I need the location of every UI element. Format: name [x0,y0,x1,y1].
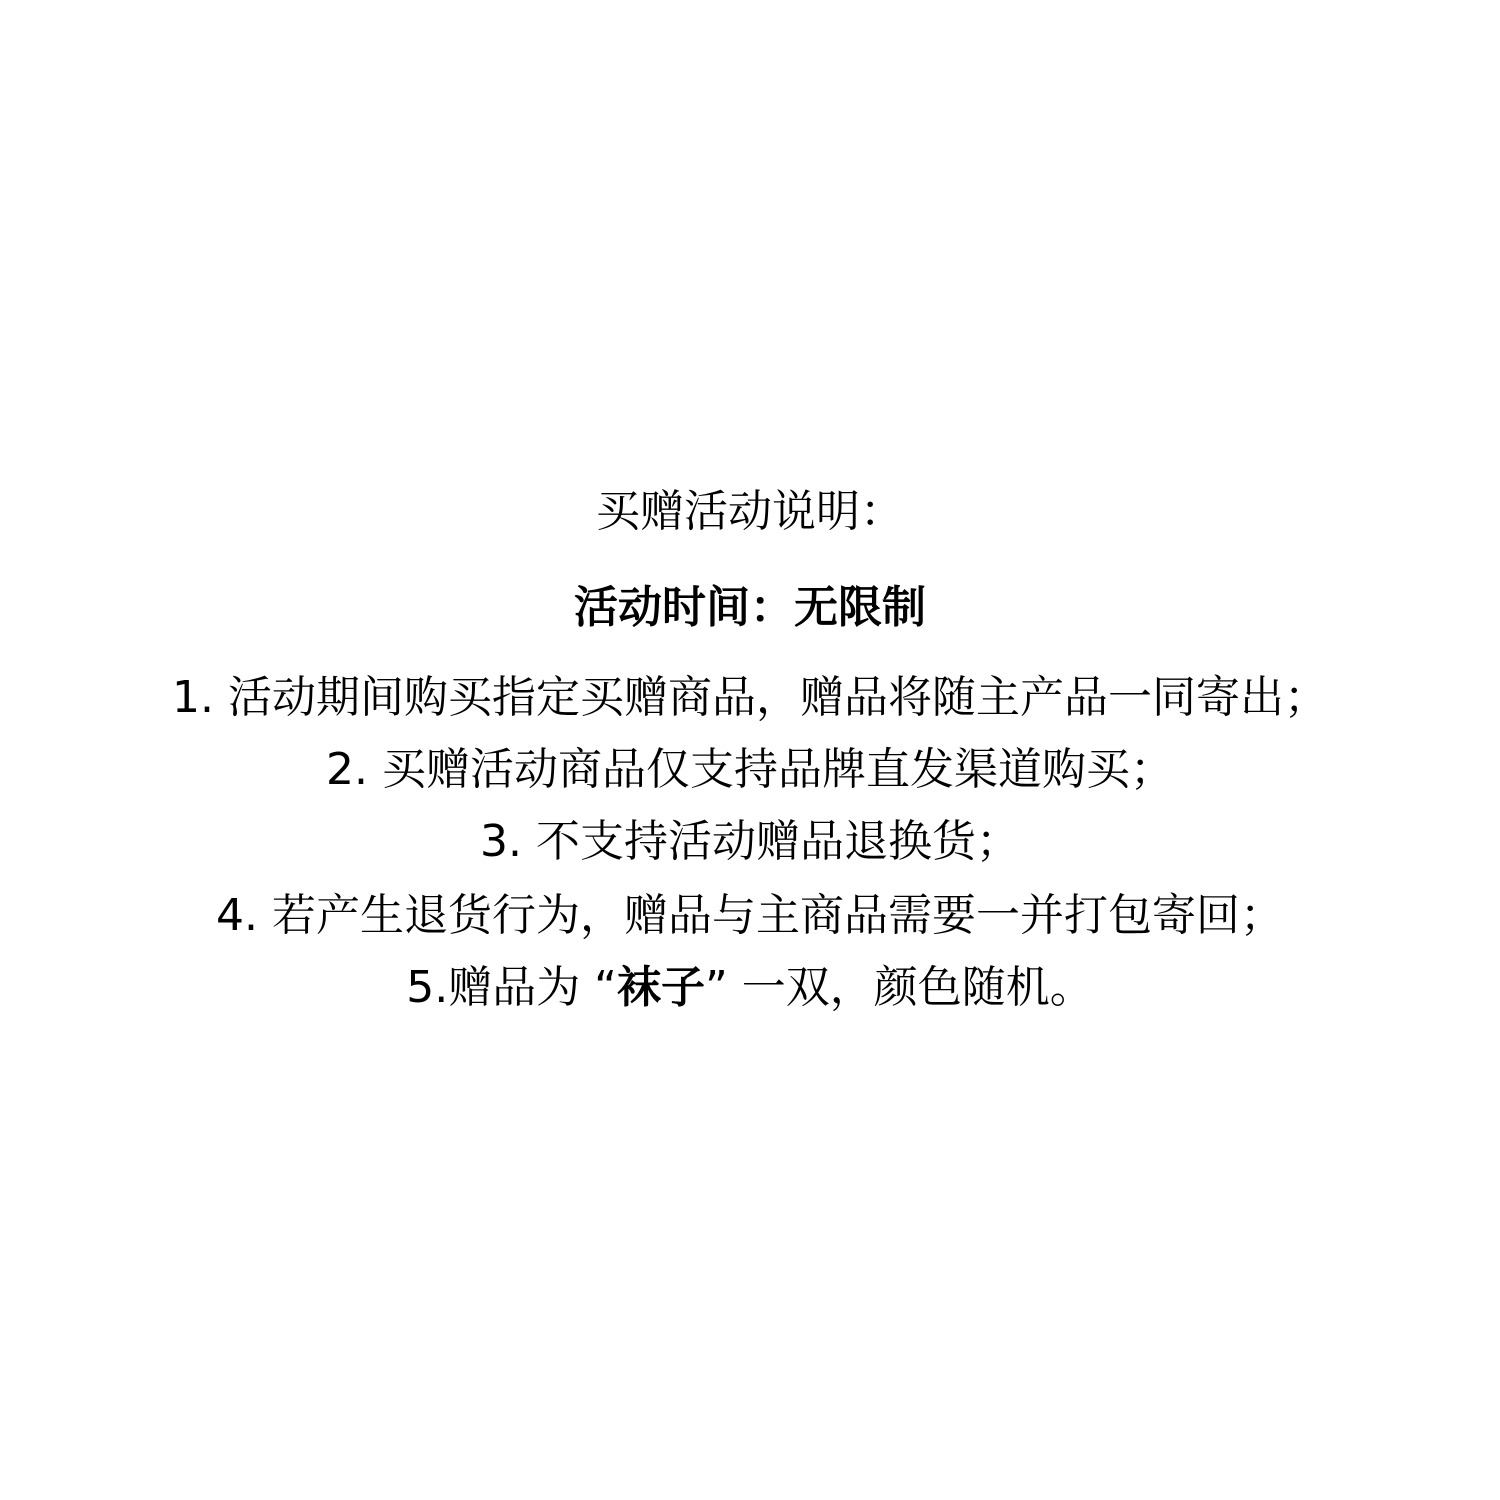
notice-title: 买赠活动说明： [0,482,1500,542]
rule-item: 1. 活动期间购买指定买赠商品，赠品将随主产品一同寄出； [0,668,1500,728]
activity-time: 活动时间：无限制 [0,578,1500,638]
rule-item: 2. 买赠活动商品仅支持品牌直发渠道购买； [0,740,1500,800]
gift-name-highlight: 袜子 [617,962,705,1013]
rule-prefix: 5.赠品为 “ [406,962,617,1013]
rule-suffix: ” 一双，颜色随机。 [705,962,1094,1013]
gift-promotion-notice: 买赠活动说明： 活动时间：无限制 1. 活动期间购买指定买赠商品，赠品将随主产品… [0,0,1500,1500]
rule-item: 5.赠品为 “袜子” 一双，颜色随机。 [0,958,1500,1018]
rule-item: 3. 不支持活动赠品退换货； [0,812,1500,872]
rule-item: 4. 若产生退货行为，赠品与主商品需要一并打包寄回； [0,886,1500,946]
